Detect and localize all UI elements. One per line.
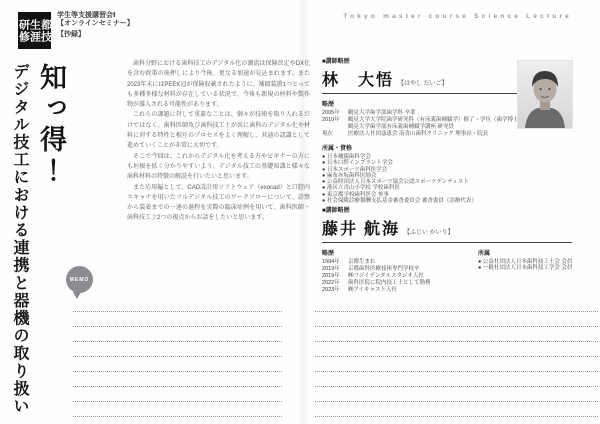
- main-title-line2: デジタル技工における連携と器機の取り扱い: [5, 63, 33, 415]
- speaker-name-reading: 【ふじい かいり】: [404, 230, 454, 236]
- main-title-line1: 知っ得！: [36, 63, 66, 187]
- memo-line: [315, 342, 598, 357]
- bio-year: 2010年: [322, 117, 348, 124]
- event-type: 【抄録】: [57, 31, 134, 39]
- memo-line: [315, 387, 598, 402]
- memo-line: [73, 312, 282, 327]
- speaker2-bio-column: 略歴 1994年 京都生まれ 2019年 京都歯科医療技術専門学校卒 2019年…: [322, 243, 478, 294]
- bio-text: 鶴見大学歯学部有床義歯補綴学講座 研究員: [348, 124, 454, 131]
- memo-line: [315, 357, 598, 372]
- bio-row: 2019年 ㈱フジイデンタルスタジオ入社: [322, 273, 478, 280]
- lecturer-bio-heading: ■講師略歴: [322, 205, 598, 214]
- memo-line: [73, 372, 282, 387]
- logo-column: 研修: [19, 19, 29, 43]
- affiliation-list: ● 日本補綴歯科学会 ● 日本口腔インプラント学会 ● 日本スポーツ歯科医学会 …: [322, 154, 598, 204]
- bio-row: 2023年 ㈱アイキャスト入社: [322, 287, 478, 294]
- affiliation-label: 所属・資格: [322, 143, 598, 152]
- bio-year: 2005年: [322, 110, 348, 117]
- event-format: 【オンラインセミナー】: [57, 20, 134, 28]
- memo-line: [315, 327, 598, 342]
- bio-year: [322, 124, 348, 131]
- speaker2-columns: 略歴 1994年 京都生まれ 2019年 京都歯科医療技術専門学校卒 2019年…: [322, 243, 598, 294]
- english-running-head: Tokyo master course Science Lecture: [343, 13, 572, 20]
- bio-year: 2019年: [322, 273, 348, 280]
- bio-text: 医療法人社団慈恵会 南青山歯科クリニック 理事長・院長: [348, 131, 488, 138]
- logo-column: 都技: [41, 19, 51, 43]
- portrait-illustration: [518, 61, 572, 128]
- bio-text: 鶴見大学歯学部歯学科 卒業: [348, 110, 416, 117]
- event-heading: 学生等支援講習会Ⅰ 【オンラインセミナー】 【抄録】: [57, 12, 134, 39]
- memo-line: [315, 372, 598, 387]
- memo-line: [73, 357, 282, 372]
- memo-line: [315, 312, 598, 327]
- memo-line: [73, 402, 282, 417]
- memo-line: [73, 297, 282, 312]
- memo-line: [73, 342, 282, 357]
- bio-row: 現在 医療法人社団慈恵会 南青山歯科クリニック 理事長・院長: [322, 131, 598, 138]
- bio-row: 2022年 歯科医院に院内技工士として勤務: [322, 280, 478, 287]
- bio-year: 現在: [322, 131, 348, 138]
- speaker-name: 林 大悟: [322, 72, 394, 89]
- memo-line: [73, 327, 282, 342]
- memo-line: [73, 387, 282, 402]
- logo-column: 生涯: [30, 19, 40, 43]
- affiliation-list: ● 公益社団法人日本歯科技工士会 会員 ● 一般社団法人日本歯科技工学会 会員: [478, 259, 598, 272]
- speaker-name-reading: 【はやし だいご】: [398, 81, 448, 87]
- bio-text: ㈱フジイデンタルスタジオ入社: [348, 273, 424, 280]
- affiliation-item: ● 社会保険診療報酬支払基金審査委員会 審査委員（診療代表）: [322, 198, 598, 204]
- bio-text: 京都生まれ: [348, 259, 376, 266]
- totech-training-logo: 都技 生涯 研修: [18, 12, 51, 49]
- memo-line: [315, 402, 598, 417]
- speaker-photo-hayashi: [518, 61, 572, 128]
- memo-badge: MEMO: [66, 266, 93, 293]
- bio-row: 2019年 京都歯科医療技術専門学校卒: [322, 266, 478, 273]
- affiliation-item: ● 一般社団法人日本歯科技工学会 会員: [478, 265, 598, 271]
- memo-label: MEMO: [70, 277, 90, 283]
- affiliation-label: 所属: [478, 248, 598, 257]
- seminar-abstract-spread: 都技 生涯 研修 学生等支援講習会Ⅰ 【オンラインセミナー】 【抄録】 Toky…: [0, 0, 600, 424]
- bio-year: 2023年: [322, 287, 348, 294]
- event-title: 学生等支援講習会Ⅰ: [57, 12, 134, 20]
- speaker-name-row: 藤井 航海【ふじい かいり】: [322, 216, 598, 239]
- bio-row: 1994年 京都生まれ: [322, 259, 478, 266]
- abstract-paragraph: これらの課題に対して重要なことは、個々が技術を取り入れるだけではなく、歯科医師及…: [127, 110, 310, 151]
- bio-list: 1994年 京都生まれ 2019年 京都歯科医療技術専門学校卒 2019年 ㈱フ…: [322, 259, 478, 294]
- bio-year: 2022年: [322, 280, 348, 287]
- bio-text: 歯科医院に院内技工士として勤務: [348, 280, 431, 287]
- bio-text: 京都歯科医療技術専門学校卒: [348, 266, 420, 273]
- bio-year: 1994年: [322, 259, 348, 266]
- bio-text: ㈱アイキャスト入社: [348, 287, 397, 294]
- abstract-body: 歯科分野における歯科技工のデジタル化の潮流は保険改定やDX化を含む政策の後押しに…: [127, 59, 310, 224]
- speaker2-affiliation-column: 所属 ● 公益社団法人日本歯科技工士会 会員 ● 一般社団法人日本歯科技工学会 …: [478, 243, 598, 294]
- abstract-paragraph: 歯科分野における歯科技工のデジタル化の潮流は保険改定やDX化を含む政策の後押しに…: [127, 59, 310, 110]
- abstract-paragraph: また応用編として、CAD設計用ソフトウェア（exocad）と口腔内スキャナを用い…: [127, 183, 310, 224]
- main-title: 知っ得！ デジタル技工における連携と器機の取り扱い: [5, 63, 66, 423]
- memo-lines-left: [73, 297, 282, 417]
- memo-line: [315, 297, 598, 312]
- speaker-profile-fujii: ■講師略歴 藤井 航海【ふじい かいり】 略歴 1994年 京都生まれ 2019…: [322, 205, 598, 294]
- bio-text: 鶴見大学大学院歯学研究科（有床義歯補綴学）修了・学位（歯学博士）授与: [348, 117, 535, 124]
- memo-lines-right: [315, 297, 598, 417]
- bio-label: 略歴: [322, 248, 478, 257]
- abstract-paragraph: そこで今回は、これからデジタル化を考える方やビギナーの方にも垣根を低く分かりやす…: [127, 152, 310, 183]
- bio-year: 2019年: [322, 266, 348, 273]
- speaker-name: 藤井 航海: [322, 221, 400, 238]
